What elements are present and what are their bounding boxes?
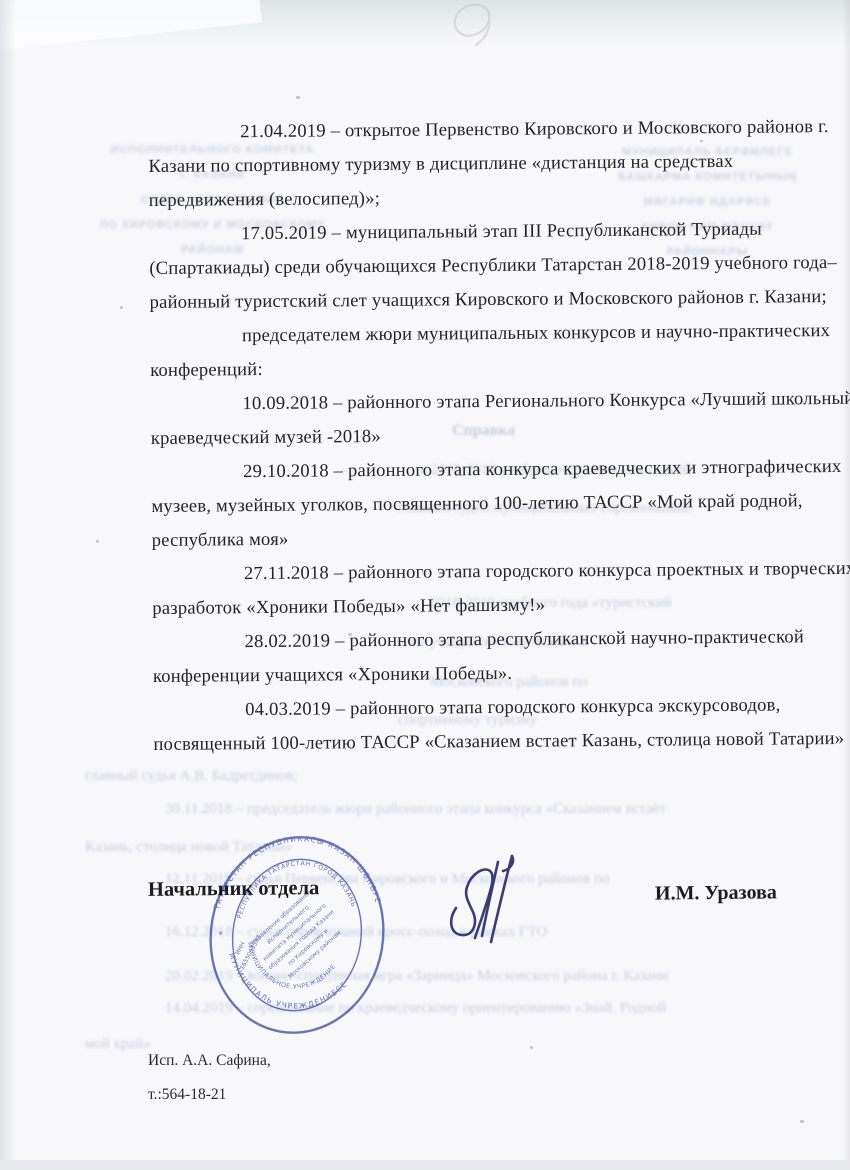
scan-speck	[296, 96, 300, 99]
bleedthrough-line: мой край»	[85, 1036, 151, 1053]
scan-bottom-shadow	[0, 1160, 850, 1170]
stamp-inn-label: ИНН	[234, 941, 247, 956]
bleedthrough-line: главный судья А.В. Бадретдинов;	[85, 768, 298, 785]
document-body: 21.04.2019 – открытое Первенство Кировск…	[148, 110, 850, 762]
scan-speck	[800, 1120, 804, 1123]
scanned-document-page: ИСПОЛНИТЕЛЬНОГО КОМИТЕТАГ. КАЗАНИОТДЕЛ О…	[0, 0, 850, 1170]
body-line: 28.02.2019 – районного этапа республикан…	[152, 620, 850, 660]
scan-speck	[120, 306, 123, 309]
body-line: музеев, музейных уголков, посвященного 1…	[151, 484, 850, 524]
body-line: посвященный 100-летию ТАССР «Сказанием в…	[153, 722, 850, 762]
body-line: 10.09.2018 – районного этапа Регионально…	[150, 382, 850, 422]
pencil-mark	[438, 0, 508, 48]
body-line: 21.04.2019 – открытое Первенство Кировск…	[148, 110, 850, 150]
bleedthrough-line: 30.11.2018 – председатель жюри районного…	[165, 801, 666, 818]
signer-name: И.М. Уразова	[655, 881, 777, 905]
executor-block: Исп. А.А. Сафина, т.:564-18-21	[148, 1052, 271, 1120]
handwritten-signature	[438, 846, 538, 951]
executor-name: Исп. А.А. Сафина,	[148, 1052, 271, 1070]
scan-speck	[96, 540, 99, 543]
official-stamp: ТАТАРСТАН РЕСПУБЛИКАСЫ КАЗАН ШӘҺӘРЕ МУНИ…	[205, 833, 390, 1038]
scan-speck	[530, 1046, 533, 1049]
executor-phone: т.:564-18-21	[148, 1086, 271, 1104]
scan-left-shadow	[0, 0, 16, 1170]
body-line: председателем жюри муниципальных конкурс…	[150, 314, 850, 354]
body-line: 27.11.2018 – районного этапа городского …	[152, 552, 850, 592]
stamp-star-icon: *	[217, 930, 224, 941]
